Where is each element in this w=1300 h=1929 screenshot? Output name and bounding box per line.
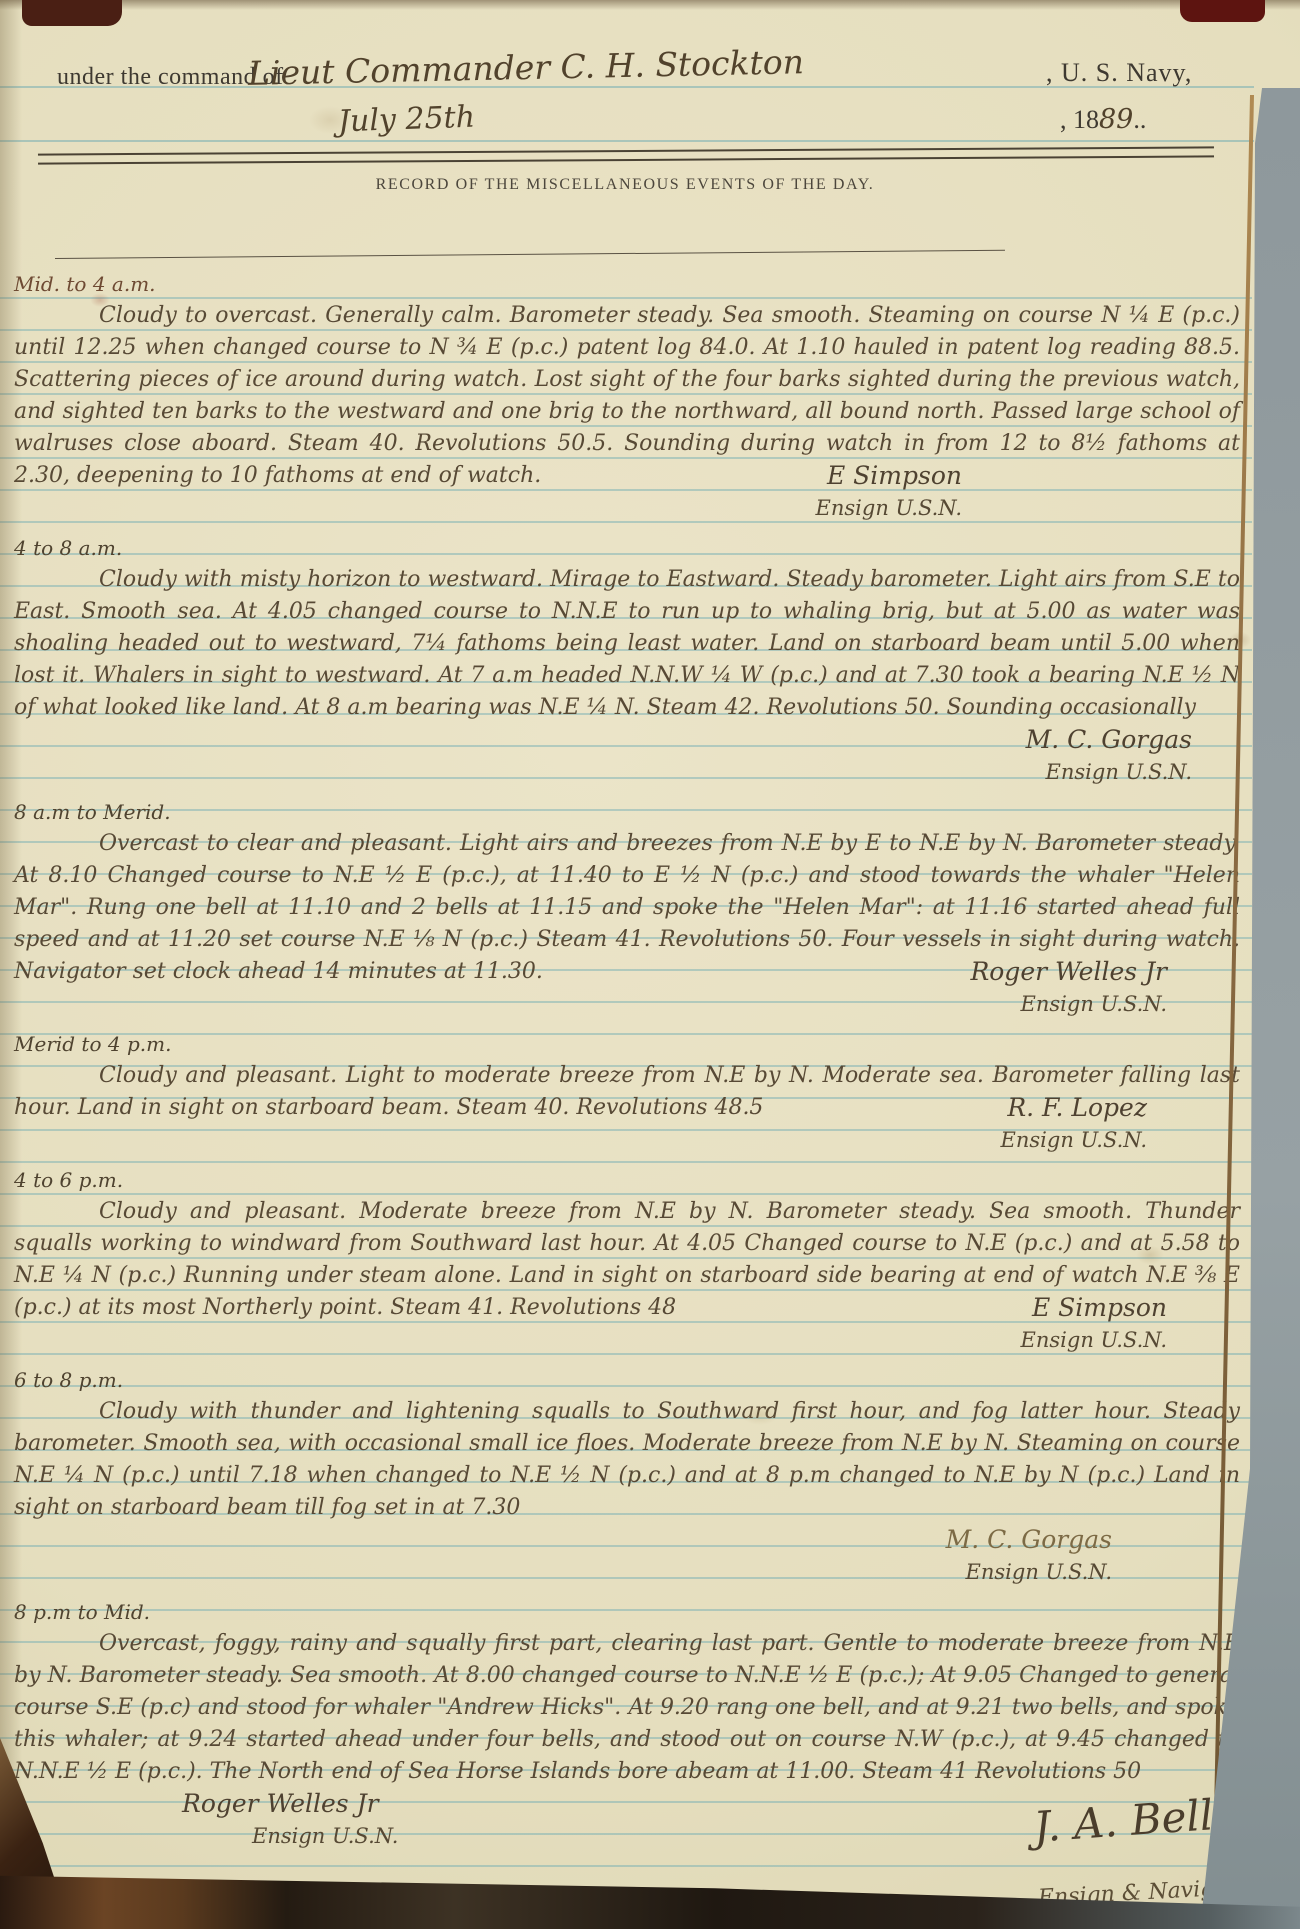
signature-title: Ensign U.S.N. [14, 1556, 1112, 1588]
log-entry-6-to-8pm: 6 to 8 p.m. Cloudy with thunder and ligh… [14, 1364, 1252, 1588]
year-line: , 1889.. [1060, 104, 1146, 135]
double-rule [38, 146, 1214, 164]
thin-rule [55, 250, 1005, 259]
signature-title: Ensign U.S.N. [14, 1124, 1147, 1156]
log-entry-mid-to-4am: Mid. to 4 a.m. Cloudy to overcast. Gener… [14, 268, 1252, 524]
date-handwritten: July 25th [337, 100, 475, 140]
record-title: RECORD OF THE MISCELLANEOUS EVENTS OF TH… [0, 176, 1250, 194]
log-entry-4-to-8am: 4 to 8 a.m. Cloudy with misty horizon to… [14, 532, 1252, 788]
log-entry-4-to-6pm: 4 to 6 p.m. Cloudy and pleasant. Moderat… [14, 1164, 1252, 1356]
year-dots: .. [1133, 105, 1146, 134]
watch-heading: 6 to 8 p.m. [14, 1364, 1252, 1396]
watch-heading: Merid to 4 p.m. [14, 1028, 1252, 1060]
signature-name: M. C. Gorgas [14, 724, 1192, 756]
year-prefix: , 18 [1060, 105, 1099, 134]
year-handwritten: 89 [1099, 104, 1133, 135]
log-entry-merid-to-4pm: Merid to 4 p.m. Cloudy and pleasant. Lig… [14, 1028, 1252, 1156]
log-entry-8am-to-merid: 8 a.m to Merid. Overcast to clear and pl… [14, 796, 1252, 1020]
header-rule-2 [0, 140, 1254, 142]
binding-stain-top-right [1180, 0, 1265, 22]
watch-heading: 4 to 8 a.m. [14, 532, 1252, 564]
navy-label: , U. S. Navy, [1046, 58, 1192, 88]
top-edge-shading [0, 0, 1300, 10]
watch-heading: 4 to 6 p.m. [14, 1164, 1252, 1196]
signature-title: Ensign U.S.N. [14, 492, 962, 524]
signature-block: M. C. Gorgas Ensign U.S.N. [14, 1524, 1252, 1588]
entry-text: Overcast, foggy, rainy and squally first… [14, 1628, 1252, 1788]
watch-heading: 8 a.m to Merid. [14, 796, 1252, 828]
watch-heading: Mid. to 4 a.m. [14, 268, 1252, 300]
entry-text: Cloudy with thunder and lightening squal… [14, 1396, 1252, 1524]
signature-title: Ensign U.S.N. [14, 756, 1192, 788]
entry-text: Cloudy with misty horizon to westward. M… [14, 564, 1252, 724]
log-entries: Mid. to 4 a.m. Cloudy to overcast. Gener… [14, 268, 1252, 1860]
signature-name: M. C. Gorgas [14, 1524, 1112, 1556]
signature-title: Ensign U.S.N. [14, 1324, 1167, 1356]
signature-title: Ensign U.S.N. [14, 988, 1167, 1020]
signature-block: M. C. Gorgas Ensign U.S.N. [14, 724, 1252, 788]
binding-stain-top-left [22, 0, 122, 26]
watch-heading: 8 p.m to Mid. [14, 1596, 1252, 1628]
logbook-page: under the command of Lieut Commander C. … [0, 0, 1300, 1929]
left-edge-shading [0, 0, 22, 1929]
